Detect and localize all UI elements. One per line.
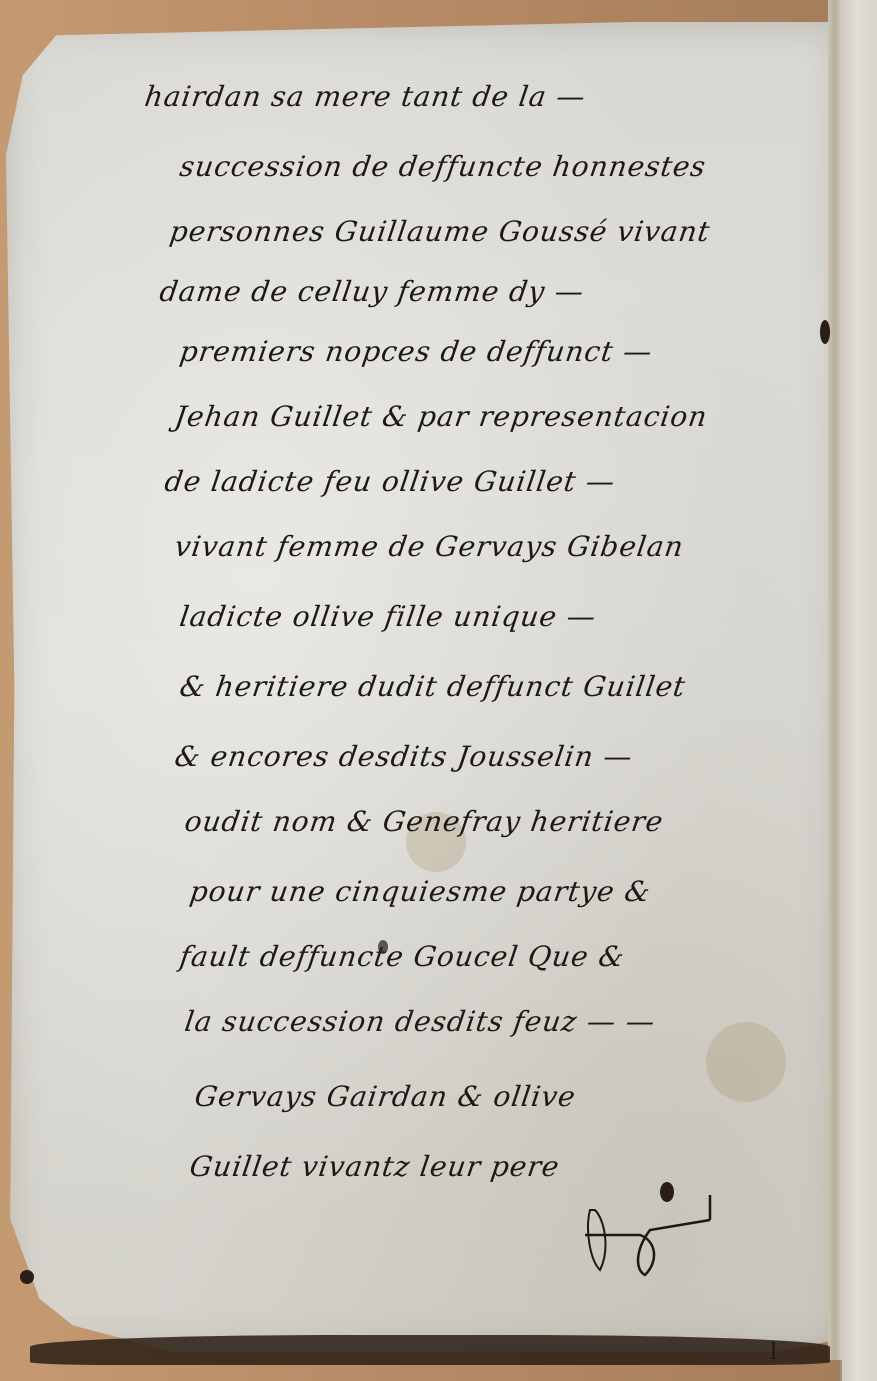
- text-line: ladicte ollive fille unique —: [178, 600, 599, 633]
- ink-blot: [660, 1182, 674, 1202]
- text-line: succession de deffuncte honnestes: [178, 150, 709, 183]
- text-line: & encores desdits Jousselin —: [173, 740, 635, 773]
- binding-gutter: [828, 0, 842, 1360]
- text-line: & heritiere dudit deffunct Guillet: [178, 670, 688, 703]
- text-line: fault deffuncte Goucel Que &: [178, 940, 627, 973]
- text-line: oudit nom & Genefray heritiere: [183, 805, 666, 838]
- ink-blot: [20, 1270, 34, 1284]
- text-line: Gervays Gairdan & ollive: [193, 1080, 578, 1113]
- page-shadow: [30, 1335, 830, 1365]
- text-line: dame de celluy femme dy —: [158, 275, 587, 308]
- text-line: hairdan sa mere tant de la —: [143, 80, 588, 113]
- ink-blot: [378, 940, 388, 954]
- text-line: personnes Guillaume Goussé vivant: [168, 215, 713, 248]
- adjacent-page-edge: [840, 0, 877, 1381]
- text-line: premiers nopces de deffunct —: [178, 335, 655, 368]
- text-line: Guillet vivantz leur pere: [188, 1150, 562, 1183]
- signature-paraph-icon: [580, 1190, 720, 1280]
- stain: [706, 1022, 786, 1102]
- text-line: Jehan Guillet & par representacion: [173, 400, 710, 433]
- text-line: la succession desdits feuz — —: [183, 1005, 658, 1038]
- text-line: vivant femme de Gervays Gibelan: [173, 530, 686, 563]
- text-line: pour une cinquiesme partye &: [188, 875, 653, 908]
- ink-blot: [820, 320, 830, 344]
- page-mark: l: [770, 1340, 777, 1365]
- text-line: de ladicte feu ollive Guillet —: [163, 465, 618, 498]
